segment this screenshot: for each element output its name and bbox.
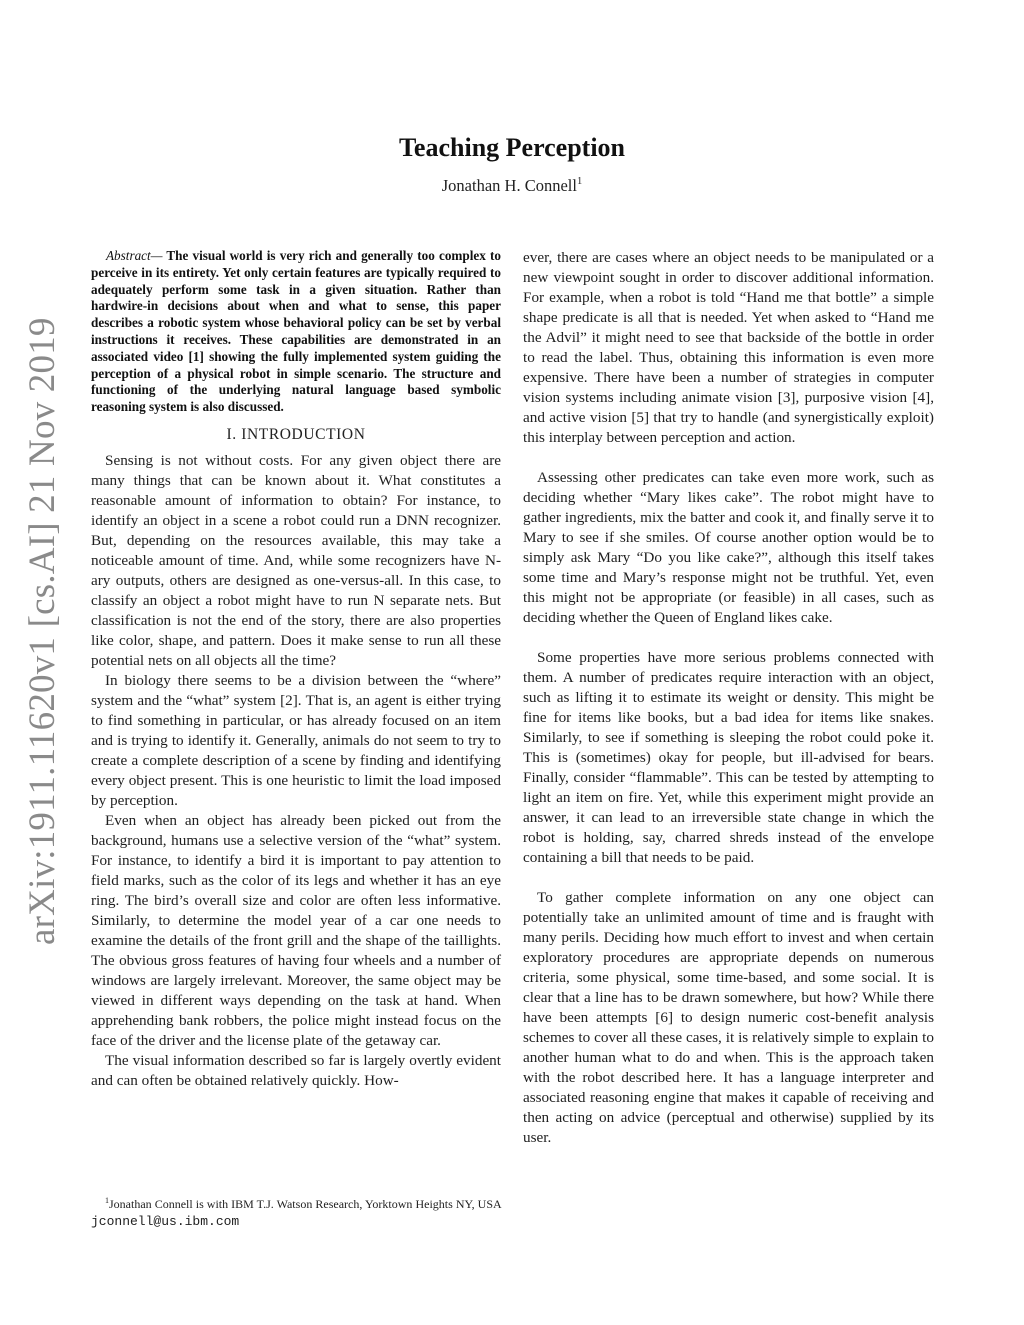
- intro-paragraph-1: Sensing is not without costs. For any gi…: [91, 451, 501, 671]
- abstract-dash: —: [151, 248, 163, 263]
- intro-paragraph-5: Assessing other predicates can take even…: [523, 468, 934, 628]
- paper-title: Teaching Perception: [0, 133, 1024, 163]
- arxiv-identifier-stamp: arXiv:1911.11620v1 [cs.AI] 21 Nov 2019: [22, 340, 64, 945]
- footnote-text: Jonathan Connell is with IBM T.J. Watson…: [109, 1197, 501, 1211]
- intro-paragraph-4: The visual information described so far …: [91, 1051, 501, 1091]
- author-line: Jonathan H. Connell1: [0, 176, 1024, 196]
- abstract-text: The visual world is very rich and genera…: [91, 248, 501, 414]
- left-column: Abstract— The visual world is very rich …: [91, 248, 501, 1091]
- intro-paragraph-7: To gather complete information on any on…: [523, 888, 934, 1148]
- intro-paragraph-6: Some properties have more serious proble…: [523, 648, 934, 868]
- author-affiliation-footnote: 1Jonathan Connell is with IBM T.J. Watso…: [91, 1196, 501, 1230]
- abstract: Abstract— The visual world is very rich …: [91, 248, 501, 416]
- right-column: ever, there are cases where an object ne…: [523, 248, 934, 1168]
- abstract-label: Abstract: [106, 248, 151, 263]
- section-heading-introduction: I. INTRODUCTION: [91, 426, 501, 444]
- intro-paragraph-3: Even when an object has already been pic…: [91, 811, 501, 1051]
- author-footnote-mark: 1: [577, 176, 582, 187]
- author-email-link[interactable]: jconnell@us.ibm.com: [91, 1214, 239, 1229]
- intro-paragraph-4-continued: ever, there are cases where an object ne…: [523, 248, 934, 448]
- intro-paragraph-2: In biology there seems to be a division …: [91, 671, 501, 811]
- author-name: Jonathan H. Connell: [442, 176, 577, 195]
